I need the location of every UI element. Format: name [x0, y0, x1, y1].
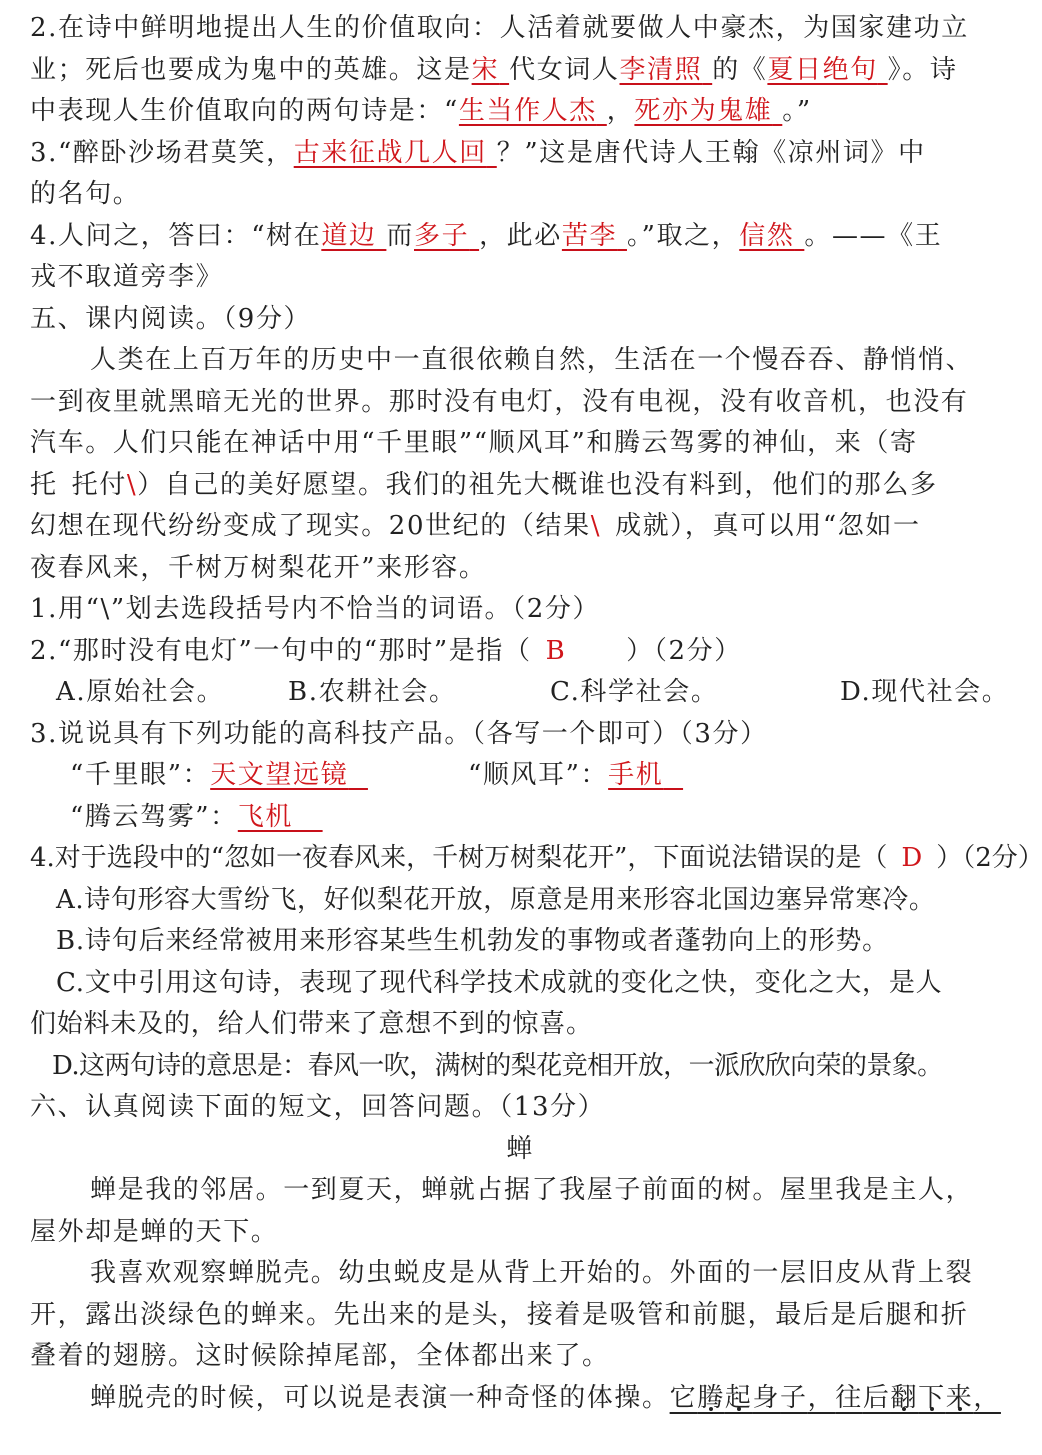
passage-text: 一到夜里就黑暗无光的世界。那时没有电灯，没有电视，没有收音机，也没有: [30, 387, 968, 417]
article-title: 蝉: [30, 1129, 1010, 1171]
q2-text: 。”: [782, 96, 812, 126]
article-line: 我喜欢观察蝉脱壳。幼虫蜕皮是从背上开始的。外面的一层旧皮从背上裂: [30, 1253, 1010, 1295]
q2-text: 的《: [712, 55, 767, 85]
q2-text: 》。诗: [888, 55, 958, 85]
article-line: 开，露出淡绿色的蝉来。先出来的是头，接着是吸管和前腿，最后是后腿和折: [30, 1295, 1010, 1337]
answer-verse-2: 死亦为鬼雄: [634, 96, 772, 126]
q2-text: 业；死后也要成为鬼中的英雄。这是: [30, 55, 472, 85]
item-label: “腾云驾雾”：: [70, 802, 238, 832]
passage-text: 成就），真可以用“忽如一: [615, 511, 921, 541]
q4-text: 戎不取道旁李》: [30, 262, 223, 292]
passage-text: 夜春风来，千树万树梨花开”来形容。: [30, 553, 487, 583]
q2-line-3: 中表现人生价值取向的两句诗是：“生当作人杰 ，死亦为鬼雄 。”: [30, 91, 1010, 133]
item-label: “千里眼”：: [70, 760, 210, 790]
s5-question-1: 1.用“\”划去选段括号内不恰当的词语。（2分）: [30, 589, 1010, 631]
article-text: 开，露出淡绿色的蝉来。先出来的是头，接着是吸管和前腿，最后是后腿和折: [30, 1300, 968, 1330]
answer-poet: 李清照: [620, 55, 703, 85]
worksheet-page: 2.在诗中鲜明地提出人生的价值取向：人活着就要做人中豪杰，为国家建功立 业；死后…: [30, 8, 1010, 1419]
answer-4: 信然: [739, 221, 794, 251]
article-line: 蝉是我的邻居。一到夏天，蝉就占据了我屋子前面的树。屋里我是主人，: [30, 1170, 1010, 1212]
q3-line-2: 的名句。: [30, 174, 1010, 216]
passage-line: 一到夜里就黑暗无光的世界。那时没有电灯，没有电视，没有收音机，也没有: [30, 382, 1010, 424]
article-text: 我喜欢观察蝉脱壳。幼虫蜕皮是从背上开始的。外面的一层旧皮从背上裂: [90, 1258, 973, 1288]
s5-question-2: 2.“那时没有电灯”一句中的“那时”是指（B）（2分）: [30, 631, 1010, 673]
q4-text: 而: [386, 221, 414, 251]
q3-text: ？”这是唐代诗人王翰《凉州词》中: [497, 138, 926, 168]
question-text: ）（2分）: [936, 843, 1042, 873]
option-b: B.农耕社会。: [288, 672, 550, 714]
answer-poem-line: 古来征战几人回: [294, 138, 487, 168]
q3-line-1: 3.“醉卧沙场君莫笑，古来征战几人回 ？”这是唐代诗人王翰《凉州词》中: [30, 133, 1010, 175]
article-line: 蝉脱壳的时候，可以说是表演一种奇怪的体操。它腾起身子，往后翻下来，: [30, 1378, 1010, 1420]
passage-line: 人类在上百万年的历史中一直很依赖自然，生活在一个慢吞吞、静悄悄、: [30, 340, 1010, 382]
answer-3: 苦李: [562, 221, 617, 251]
passage-line: 夜春风来，千树万树梨花开”来形容。: [30, 548, 1010, 590]
answer-2: 多子: [414, 221, 469, 251]
emphasized-char: 翻: [890, 1383, 918, 1413]
s5-q2-options: A.原始社会。B.农耕社会。C.科学社会。D.现代社会。: [30, 672, 1010, 714]
emphasized-char: 来: [946, 1383, 974, 1413]
q4-line-2: 戎不取道旁李》: [30, 257, 1010, 299]
underlined-char: 后: [863, 1383, 891, 1413]
answer-choice: B: [546, 636, 567, 666]
option-c: C.科学社会。: [550, 672, 840, 714]
option-text: D.这两句诗的意思是：春风一吹，满树的梨花竞相开放，一派欣欣向荣的景象。: [52, 1051, 943, 1081]
passage-text: 幻想在现代纷纷变成了现实。20世纪的（结果: [30, 511, 591, 541]
question-text: 3.说说具有下列功能的高科技产品。（各写一个即可）（3分）: [30, 719, 768, 749]
article-text: 蝉脱壳的时候，可以说是表演一种奇怪的体操。: [90, 1383, 670, 1413]
option-text: B.诗句后来经常被用来形容某些生机勃发的事物或者蓬勃向上的形势。: [56, 926, 889, 956]
s5-q4-option-d: D.这两句诗的意思是：春风一吹，满树的梨花竞相开放，一派欣欣向荣的景象。: [30, 1046, 1010, 1088]
question-text: 2.“那时没有电灯”一句中的“那时”是指（: [30, 636, 532, 666]
underlined-char: 子: [780, 1383, 808, 1413]
passage-line: 幻想在现代纷纷变成了现实。20世纪的（结果\成就），真可以用“忽如一: [30, 506, 1010, 548]
article-text: 叠着的翅膀。这时候除掉尾部，全体都出来了。: [30, 1341, 610, 1371]
question-text: 1.用“\”划去选段括号内不恰当的词语。（2分）: [30, 594, 600, 624]
passage-line: 汽车。人们只能在神话中用“千里眼”“顺风耳”和腾云驾雾的神仙，来（寄: [30, 423, 1010, 465]
s5-q3-answers-row-1: “千里眼”：天文望远镜 “顺风耳”：手机: [30, 755, 1010, 797]
s5-q4-option-c: C.文中引用这句诗，表现了现代科学技术成就的变化之快，变化之大，是人: [30, 963, 1010, 1005]
passage-text: 汽车。人们只能在神话中用“千里眼”“顺风耳”和腾云驾雾的神仙，来（寄: [30, 428, 918, 458]
q3-text: 3.“醉卧沙场君莫笑，: [30, 138, 294, 168]
s5-q4-option-c-cont: 们始料未及的，给人们带来了意想不到的惊喜。: [30, 1004, 1010, 1046]
underlined-char: ，: [808, 1383, 836, 1413]
s5-q4-option-a: A.诗句形容大雪纷飞，好似梨花开放，原意是用来形容北国边塞异常寒冷。: [30, 880, 1010, 922]
article-line: 屋外却是蝉的天下。: [30, 1212, 1010, 1254]
q2-line-2: 业；死后也要成为鬼中的英雄。这是宋 代女词人李清照 的《夏日绝句 》。诗: [30, 50, 1010, 92]
underlined-char: 身: [752, 1383, 780, 1413]
q4-text: 。”取之，: [627, 221, 739, 251]
answer-choice: D: [901, 843, 922, 873]
answer-phone: 手机: [608, 760, 663, 790]
q2-text: 2.在诗中鲜明地提出人生的价值取向：人活着就要做人中豪杰，为国家建功立: [30, 13, 969, 43]
passage-text: ）自己的美好愿望。我们的祖先大概谁也没有料到，他们的那么多: [137, 470, 937, 500]
option-d: D.现代社会。: [840, 672, 1009, 714]
underlined-char: ，: [973, 1383, 1001, 1413]
question-text: ）（2分）: [626, 636, 742, 666]
answer-poem-title: 夏日绝句: [767, 55, 877, 85]
answer-telescope: 天文望远镜: [210, 760, 348, 790]
answer-dynasty: 宋: [472, 55, 500, 85]
underlined-char: 往: [835, 1383, 863, 1413]
s5-question-4: 4.对于选段中的“忽如一夜春风来，千树万树梨花开”，下面说法错误的是（D）（2分…: [30, 838, 1010, 880]
emphasized-char: 起: [725, 1383, 753, 1413]
passage-text: 人类在上百万年的历史中一直很依赖自然，生活在一个慢吞吞、静悄悄、: [90, 345, 973, 375]
q2-text: 代女词人: [509, 55, 619, 85]
article-text: 屋外却是蝉的天下。: [30, 1217, 278, 1247]
q2-text: 中表现人生价值取向的两句诗是：“: [30, 96, 459, 126]
article-text: 蝉是我的邻居。一到夏天，蝉就占据了我屋子前面的树。屋里我是主人，: [90, 1175, 973, 1205]
q4-line-1: 4.人问之，答曰：“树在道边 而多子 ，此必苦李 。”取之，信然 。——《王: [30, 216, 1010, 258]
passage-text: 托付: [72, 470, 127, 500]
passage-line: 托托付\）自己的美好愿望。我们的祖先大概谁也没有料到，他们的那么多: [30, 465, 1010, 507]
q4-text: 。——《王: [804, 221, 942, 251]
q4-text: 4.人问之，答曰：“树在: [30, 221, 321, 251]
emphasized-char: 腾: [697, 1383, 725, 1413]
section-6-heading: 六、认真阅读下面的短文，回答问题。（13分）: [30, 1087, 1010, 1129]
question-text: 4.对于选段中的“忽如一夜春风来，千树万树梨花开”，下面说法错误的是（: [30, 843, 887, 873]
emphasized-char: 下: [918, 1383, 946, 1413]
section-5-heading: 五、课内阅读。（9分）: [30, 299, 1010, 341]
s5-q3-answers-row-2: “腾云驾雾”：飞机: [30, 797, 1010, 839]
section-heading: 五、课内阅读。（9分）: [30, 304, 311, 334]
item-label: “顺风耳”：: [468, 760, 608, 790]
option-a: A.原始社会。: [56, 672, 288, 714]
q2-line-1: 2.在诗中鲜明地提出人生的价值取向：人活着就要做人中豪杰，为国家建功立: [30, 8, 1010, 50]
article-title-text: 蝉: [506, 1134, 534, 1164]
q4-text: ，此必: [479, 221, 562, 251]
q3-text: 的名句。: [30, 179, 140, 209]
q2-text: ，: [607, 96, 635, 126]
answer-verse-1: 生当作人杰: [459, 96, 597, 126]
option-text: 们始料未及的，给人们带来了意想不到的惊喜。: [30, 1009, 593, 1039]
s5-question-3: 3.说说具有下列功能的高科技产品。（各写一个即可）（3分）: [30, 714, 1010, 756]
option-text: A.诗句形容大雪纷飞，好似梨花开放，原意是用来形容北国边塞异常寒冷。: [56, 885, 935, 915]
strike-mark: \: [591, 511, 601, 541]
underlined-sentence: 它腾起身子，往后翻下来，: [670, 1383, 1001, 1413]
answer-1: 道边: [321, 221, 376, 251]
strike-mark: \: [127, 470, 137, 500]
section-heading: 六、认真阅读下面的短文，回答问题。（13分）: [30, 1092, 605, 1122]
passage-text: 托: [30, 470, 58, 500]
s5-q4-option-b: B.诗句后来经常被用来形容某些生机勃发的事物或者蓬勃向上的形势。: [30, 921, 1010, 963]
answer-airplane: 飞机: [238, 802, 293, 832]
option-text: C.文中引用这句诗，表现了现代科学技术成就的变化之快，变化之大，是人: [56, 968, 942, 998]
underlined-char: 它: [670, 1383, 698, 1413]
article-line: 叠着的翅膀。这时候除掉尾部，全体都出来了。: [30, 1336, 1010, 1378]
